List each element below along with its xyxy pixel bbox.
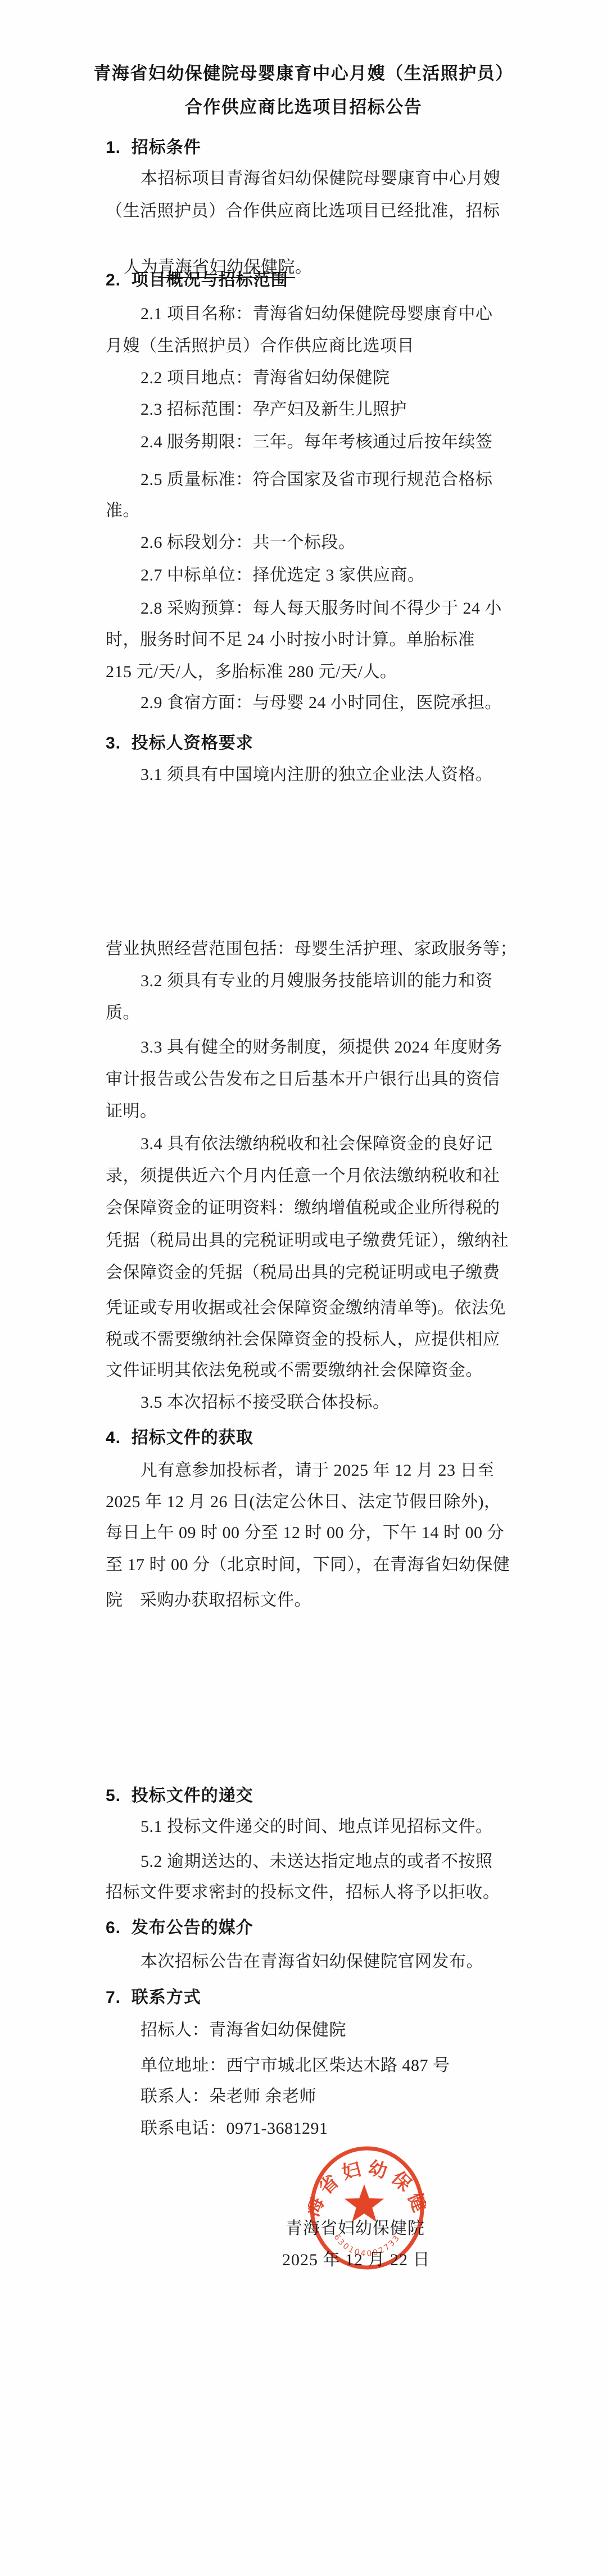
body-line: 3.1 须具有中国境内注册的独立企业法人资格。 — [141, 763, 493, 787]
doc-title-line-1: 青海省妇幼保健院母婴康育中心月嫂（生活照护员） — [0, 62, 607, 85]
doc-title-line-2: 合作供应商比选项目招标公告 — [0, 96, 607, 119]
body-line: 2.2 项目地点：青海省妇幼保健院 — [141, 366, 390, 390]
contact-phone-line: 联系电话：0971-3681291 — [141, 2117, 328, 2140]
body-line: 会保障资金的凭据（税局出具的完税证明或电子缴费 — [106, 1261, 500, 1285]
body-line: 5.1 投标文件递交的时间、地点详见招标文件。 — [141, 1815, 493, 1839]
body-line: 人为青海省妇幼保健院。 — [106, 232, 312, 303]
body-line: 2025 年 12 月 26 日(法定公休日、法定节假日除外)， — [106, 1490, 501, 1514]
body-line: 院 采购办获取招标文件。 — [106, 1589, 311, 1612]
contact-address-line: 单位地址：西宁市城北区柴达木路 487 号 — [141, 2054, 450, 2078]
body-line: 本招标项目青海省妇幼保健院母婴康育中心月嫂 — [141, 167, 501, 191]
body-line: 质。 — [106, 1001, 140, 1025]
body-line: 2.1 项目名称：青海省妇幼保健院母婴康育中心 — [141, 302, 493, 326]
body-line: 2.8 采购预算：每人每天服务时间不得少于 24 小 — [141, 597, 502, 620]
body-line: 录，须提供近六个月内任意一个月依法缴纳税收和社 — [106, 1164, 500, 1188]
section-3-heading: 3. 投标人资格要求 — [106, 732, 253, 755]
body-line: 215 元/天/人，多胎标准 280 元/天/人。 — [106, 660, 397, 684]
body-line: 招标文件要求密封的投标文件，招标人将予以拒收。 — [106, 1881, 500, 1904]
body-line: 审计报告或公告发布之日后基本开户银行出具的资信 — [106, 1068, 500, 1091]
body-line: 2.7 中标单位：择优选定 3 家供应商。 — [141, 564, 425, 587]
body-line: 2.4 服务期限：三年。每年考核通过后按年续签 — [141, 430, 493, 454]
body-line: 税或不需要缴纳社会保障资金的投标人，应提供相应 — [106, 1328, 500, 1352]
body-line: 凭证或专用收据或社会保障资金缴纳清单等)。依法免 — [106, 1296, 506, 1320]
body-line: 月嫂（生活照护员）合作供应商比选项目 — [106, 334, 414, 358]
body-line: 3.2 须具有专业的月嫂服务技能培训的能力和资 — [141, 969, 493, 993]
section-5-heading: 5. 投标文件的递交 — [106, 1784, 253, 1808]
body-line: 凡有意参加投标者，请于 2025 年 12 月 23 日至 — [141, 1459, 495, 1482]
body-line: 营业执照经营范围包括：母婴生活护理、家政服务等； — [106, 937, 517, 961]
body-line: 至 17 时 00 分（北京时间，下同），在青海省妇幼保健 — [106, 1553, 510, 1577]
body-line: 证明。 — [106, 1100, 157, 1123]
body-line: 本次招标公告在青海省妇幼保健院官网发布。 — [141, 1950, 483, 1974]
body-line: 3.3 具有健全的财务制度，须提供 2024 年度财务 — [141, 1036, 502, 1059]
body-line: 2.6 标段划分：共一个标段。 — [141, 531, 356, 555]
section-4-heading: 4. 招标文件的获取 — [106, 1426, 253, 1450]
body-line: （生活照护员）合作供应商比选项目已经批准，招标 — [106, 199, 500, 223]
contact-person-line: 联系人：朵老师 余老师 — [141, 2085, 316, 2108]
body-text: 。 — [295, 258, 312, 276]
body-line: 时，服务时间不足 24 小时按小时计算。单胎标准 — [106, 628, 475, 652]
body-line: 3.5 本次招标不接受联合体投标。 — [141, 1391, 390, 1414]
body-line: 准。 — [106, 499, 140, 523]
body-line: 2.3 招标范围：孕产妇及新生儿照护 — [141, 398, 407, 421]
contact-tenderer-line: 招标人：青海省妇幼保健院 — [141, 2019, 346, 2042]
section-1-heading: 1. 招标条件 — [106, 136, 201, 160]
body-line: 文件证明其依法免税或不需要缴纳社会保障资金。 — [106, 1359, 483, 1382]
body-line: 3.4 具有依法缴纳税收和社会保障资金的良好记 — [141, 1132, 493, 1156]
body-line: 2.9 食宿方面：与母婴 24 小时同住，医院承担。 — [141, 691, 502, 715]
body-line: 凭据（税局出具的完税证明或电子缴费凭证），缴纳社 — [106, 1229, 509, 1253]
signature-org: 青海省妇幼保健院 — [286, 2214, 425, 2239]
body-line: 2.5 质量标准：符合国家及省市现行规范合格标 — [141, 468, 493, 492]
scanned-document-page: 青海省妇幼保健院母婴康育中心月嫂（生活照护员） 合作供应商比选项目招标公告 1.… — [0, 0, 607, 2576]
section-2-heading: 2. 项目概况与招标范围 — [106, 269, 288, 292]
body-line: 5.2 逾期送达的、未送达指定地点的或者不按照 — [141, 1850, 493, 1874]
body-line: 每日上午 09 时 00 分至 12 时 00 分，下午 14 时 00 分 — [106, 1521, 504, 1545]
body-line: 会保障资金的证明资料：缴纳增值税或企业所得税的 — [106, 1196, 500, 1220]
section-7-heading: 7. 联系方式 — [106, 1986, 201, 2010]
section-6-heading: 6. 发布公告的媒介 — [106, 1916, 253, 1940]
signature-date: 2025 年 12 月 22 日 — [282, 2246, 431, 2270]
